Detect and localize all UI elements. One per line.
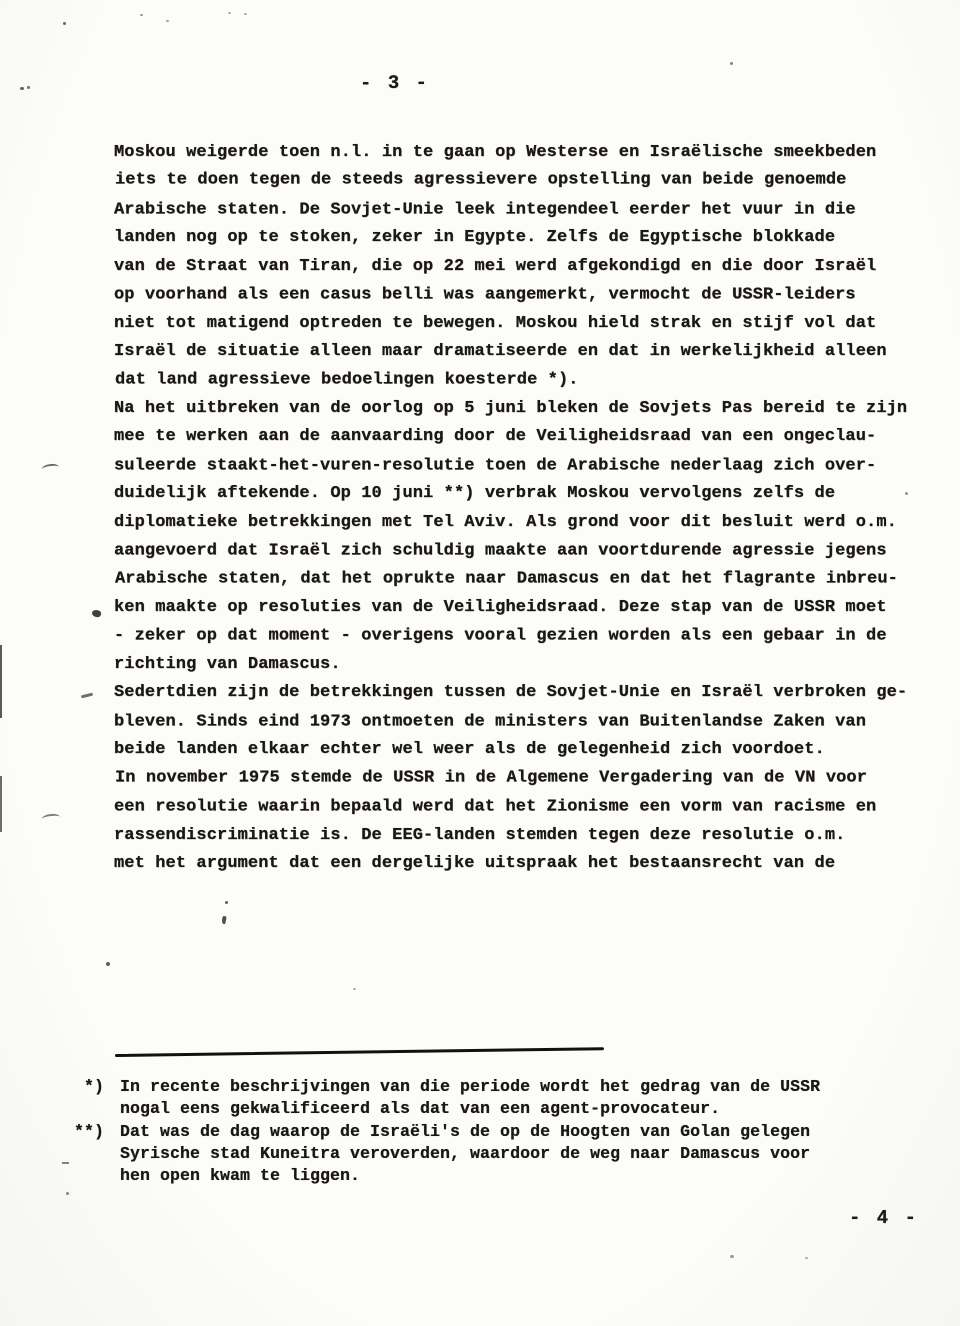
footnote-text: Dat was de dag waarop de Israëli's de op… [120,1121,810,1188]
body-line: niet tot matigend optreden te bewegen. M… [114,310,934,338]
footnote-text: In recente beschrijvingen van die period… [120,1076,820,1121]
page-number-bottom: - 4 - [849,1207,919,1229]
body-line: met het argument dat een dergelijke uits… [114,850,934,878]
body-line: Israël de situatie alleen maar dramatise… [114,338,934,366]
body-line: Na het uitbreken van de oorlog op 5 juni… [114,395,934,423]
body-line: bleven. Sinds eind 1973 ontmoeten de min… [114,708,934,736]
body-line: rassendiscriminatie is. De EEG-landen st… [114,822,934,850]
body-line: diplomatieke betrekkingen met Tel Aviv. … [114,509,934,537]
body-line: In november 1975 stemde de USSR in de Al… [115,764,935,792]
footnote-line: Dat was de dag waarop de Israëli's de op… [120,1121,810,1143]
footnote-line: hen open kwam te liggen. [120,1165,810,1187]
body-line: van de Straat van Tiran, die op 22 mei w… [114,253,934,281]
body-line: Arabische staten, dat het oprukte naar D… [115,565,935,593]
footnote-line: Syrische stad Kuneitra veroverden, waard… [120,1143,810,1165]
body-line: aangevoerd dat Israël zich schuldig maak… [114,538,934,566]
body-line: mee te werken aan de aanvaarding door de… [114,423,934,451]
body-line: beide landen elkaar echter wel weer als … [114,736,934,764]
footnote-marker: *) [70,1076,104,1098]
body-line: richting van Damascus. [114,651,934,679]
body-line: Arabische staten. De Sovjet-Unie leek in… [114,196,934,224]
body-line: iets te doen tegen de steeds agressiever… [115,167,935,195]
page-number-top: - 3 - [360,72,430,94]
footnotes-section: *)In recente beschrijvingen van die peri… [70,1076,900,1187]
body-line: op voorhand als een casus belli was aang… [114,282,934,310]
body-line: Moskou weigerde toen n.l. in te gaan op … [114,139,934,167]
footnote: **)Dat was de dag waarop de Israëli's de… [70,1121,900,1188]
footnote-separator-line [115,1047,604,1057]
footnote: *)In recente beschrijvingen van die peri… [70,1076,900,1121]
body-line: ken maakte op resoluties van de Veilighe… [114,594,934,622]
document-page: - 3 - Moskou weigerde toen n.l. in te ga… [0,0,960,1326]
document-body-text: Moskou weigerde toen n.l. in te gaan op … [114,139,934,878]
body-line: een resolutie waarin bepaald werd dat he… [114,794,934,822]
body-line: dat land agressieve bedoelingen koesterd… [115,366,935,394]
body-line: - zeker op dat moment - overigens vooral… [114,623,934,651]
footnote-line: nogal eens gekwalificeerd als dat van ee… [120,1098,820,1120]
body-line: Sedertdien zijn de betrekkingen tussen d… [114,679,934,707]
footnote-line: In recente beschrijvingen van die period… [120,1076,820,1098]
body-line: duidelijk aftekende. Op 10 juni **) verb… [114,480,934,508]
body-line: suleerde staakt-het-vuren-resolutie toen… [114,452,934,480]
body-line: landen nog op te stoken, zeker in Egypte… [114,224,934,252]
footnote-marker: **) [70,1121,104,1143]
